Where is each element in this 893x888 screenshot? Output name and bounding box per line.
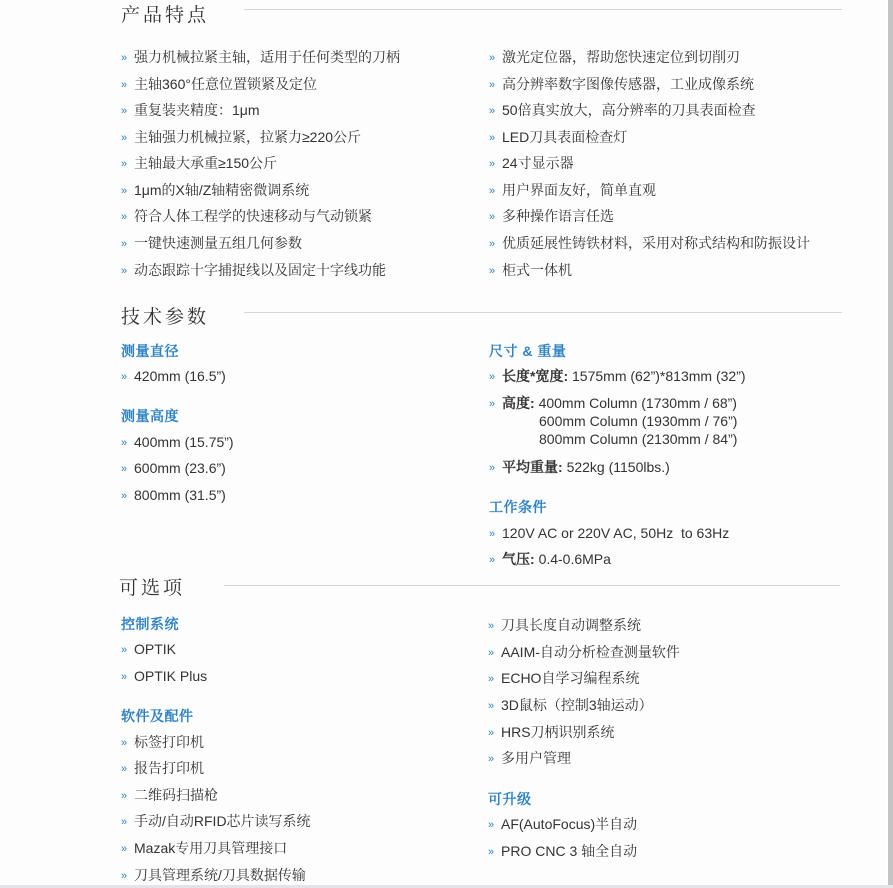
- list-item: »OPTIK Plus: [121, 667, 207, 686]
- bullet-icon: »: [488, 617, 501, 635]
- list-item: »平均重量: 522kg (1150lbs.): [489, 458, 670, 477]
- divider: [244, 9, 842, 10]
- bullet-icon: »: [121, 102, 134, 120]
- item-text: AAIM-自动分析检查测量软件: [501, 644, 680, 660]
- list-item: »24寸显示器: [489, 154, 574, 173]
- item-text: 柜式一体机: [502, 262, 572, 278]
- list-item: »长度*宽度: 1575mm (62”)*813mm (32”): [489, 367, 746, 386]
- list-item: »600mm (23.6”): [121, 459, 226, 478]
- list-item: »OPTIK: [121, 640, 176, 659]
- list-item: »标签打印机: [121, 733, 204, 752]
- bullet-icon: »: [121, 668, 134, 686]
- list-item: »AF(AutoFocus)半自动: [488, 815, 637, 834]
- item-text: 高分辨率数字图像传感器，工业成像系统: [502, 76, 754, 92]
- item-text: OPTIK: [134, 641, 176, 657]
- list-item: »420mm (16.5”): [121, 367, 226, 386]
- list-item: »50倍真实放大，高分辨率的刀具表面检查: [489, 101, 756, 120]
- bullet-icon: »: [121, 460, 134, 478]
- vertical-scrollbar[interactable]: [888, 0, 893, 885]
- bullet-icon: »: [121, 840, 134, 858]
- bullet-icon: »: [121, 867, 134, 885]
- list-item: »1μm的X轴/Z轴精密微调系统: [121, 181, 309, 200]
- item-text: OPTIK Plus: [134, 668, 207, 684]
- list-item: »动态跟踪十字捕捉线以及固定十字线功能: [121, 261, 386, 280]
- bullet-icon: »: [489, 551, 502, 569]
- item-text: HRS刀柄识别系统: [501, 724, 615, 740]
- bullet-icon: »: [489, 459, 502, 477]
- bullet-icon: »: [489, 368, 502, 386]
- bullet-icon: »: [489, 49, 502, 67]
- bullet-icon: »: [121, 76, 134, 94]
- item-text: 符合人体工程学的快速移动与气动锁紧: [134, 208, 372, 224]
- item-text: 主轴强力机械拉紧，拉紧力≥220公斤: [134, 129, 361, 145]
- item-text: 522kg (1150lbs.): [567, 459, 670, 475]
- item-text: 报告打印机: [134, 760, 204, 776]
- item-text: 刀具长度自动调整系统: [501, 617, 641, 633]
- section-title-features: 产品特点: [121, 0, 209, 27]
- bullet-icon: »: [121, 235, 134, 253]
- item-text: LED刀具表面检查灯: [502, 129, 627, 145]
- item-text: 50倍真实放大，高分辨率的刀具表面检查: [502, 102, 756, 118]
- bullet-icon: »: [121, 434, 134, 452]
- bullet-icon: »: [489, 182, 502, 200]
- list-item: »手动/自动RFID芯片读写系统: [121, 812, 311, 831]
- item-label: 长度*宽度:: [502, 368, 568, 384]
- list-item: »AAIM-自动分析检查测量软件: [488, 643, 680, 662]
- item-text: 主轴最大承重≥150公斤: [134, 155, 277, 171]
- list-item: »一键快速测量五组几何参数: [121, 234, 302, 253]
- list-item: »报告打印机: [121, 759, 204, 778]
- list-item: »刀具长度自动调整系统: [488, 616, 641, 635]
- item-text: 刀具管理系统/刀具数据传输: [134, 867, 306, 883]
- item-text: 动态跟踪十字捕捉线以及固定十字线功能: [134, 262, 386, 278]
- list-item: »二维码扫描枪: [121, 786, 218, 805]
- subheading-software: 软件及配件: [121, 706, 194, 726]
- item-text: 重复装夹精度：1μm: [134, 102, 260, 118]
- subheading-upgrade: 可升级: [488, 789, 532, 809]
- item-text: 420mm (16.5”): [134, 368, 226, 384]
- item-text: 0.4-0.6MPa: [539, 551, 611, 567]
- list-item: »用户界面友好，简单直观: [489, 181, 656, 200]
- bullet-icon: »: [121, 155, 134, 173]
- bullet-icon: »: [488, 644, 501, 662]
- subheading-control-system: 控制系统: [121, 614, 179, 634]
- subheading-height: 测量高度: [121, 406, 179, 426]
- bullet-icon: »: [121, 368, 134, 386]
- bullet-icon: »: [121, 182, 134, 200]
- item-text: 多用户管理: [501, 750, 571, 766]
- bullet-icon: »: [121, 641, 134, 659]
- list-item: »刀具管理系统/刀具数据传输: [121, 866, 306, 885]
- bullet-icon: »: [489, 102, 502, 120]
- item-text: 激光定位器，帮助您快速定位到切削刃: [502, 49, 740, 65]
- item-text: 多种操作语言任选: [502, 208, 614, 224]
- list-item: »主轴强力机械拉紧，拉紧力≥220公斤: [121, 128, 361, 147]
- item-text: 600mm (23.6”): [134, 460, 226, 476]
- list-item: »ECHO自学习编程系统: [488, 669, 639, 688]
- list-item: »多用户管理: [488, 749, 571, 768]
- bullet-icon: »: [121, 734, 134, 752]
- list-item: »气压: 0.4-0.6MPa: [489, 550, 611, 569]
- list-item: »优质延展性铸铁材料，采用对称式结构和防振设计: [489, 234, 810, 253]
- bullet-icon: »: [488, 670, 501, 688]
- bullet-icon: »: [121, 208, 134, 226]
- section-title-options: 可选项: [119, 573, 185, 600]
- item-label: 气压:: [502, 551, 535, 567]
- item-text: 主轴360°任意位置锁紧及定位: [134, 76, 317, 92]
- divider: [244, 312, 842, 313]
- bullet-icon: »: [489, 395, 502, 413]
- list-item: »多种操作语言任选: [489, 207, 614, 226]
- bullet-icon: »: [489, 235, 502, 253]
- bullet-icon: »: [489, 129, 502, 147]
- item-text: 800mm (31.5”): [134, 487, 226, 503]
- list-item: »主轴360°任意位置锁紧及定位: [121, 75, 317, 94]
- item-text: 优质延展性铸铁材料，采用对称式结构和防振设计: [502, 235, 810, 251]
- list-item: »激光定位器，帮助您快速定位到切削刃: [489, 48, 740, 67]
- item-text: 1575mm (62”)*813mm (32”): [572, 368, 746, 384]
- bullet-icon: »: [488, 724, 501, 742]
- section-title-specs: 技术参数: [121, 302, 209, 329]
- bullet-icon: »: [489, 262, 502, 280]
- spec-page: 产品特点 »强力机械拉紧主轴，适用于任何类型的刀柄 »主轴360°任意位置锁紧及…: [0, 0, 886, 885]
- bullet-icon: »: [121, 262, 134, 280]
- list-item: »LED刀具表面检查灯: [489, 128, 627, 147]
- item-text: 600mm Column (1930mm / 76”): [539, 412, 737, 430]
- list-item: »HRS刀柄识别系统: [488, 723, 615, 742]
- list-item: »Mazak专用刀具管理接口: [121, 839, 287, 858]
- item-label: 高度:: [502, 395, 535, 411]
- item-text: PRO CNC 3 轴全自动: [501, 843, 637, 859]
- bullet-icon: »: [489, 208, 502, 226]
- item-text: 3D鼠标（控制3轴运动）: [501, 697, 653, 713]
- item-text: 用户界面友好，简单直观: [502, 182, 656, 198]
- item-text: 强力机械拉紧主轴，适用于任何类型的刀柄: [134, 49, 400, 65]
- bullet-icon: »: [121, 129, 134, 147]
- bullet-icon: »: [121, 49, 134, 67]
- item-text: 800mm Column (2130mm / 84”): [539, 430, 737, 448]
- bullet-icon: »: [489, 525, 502, 543]
- bullet-icon: »: [488, 843, 501, 861]
- item-text: 400mm (15.75”): [134, 434, 234, 450]
- bullet-icon: »: [121, 787, 134, 805]
- bullet-icon: »: [488, 697, 501, 715]
- item-text: Mazak专用刀具管理接口: [134, 840, 287, 856]
- divider: [224, 585, 840, 586]
- bullet-icon: »: [489, 155, 502, 173]
- list-item: »3D鼠标（控制3轴运动）: [488, 696, 653, 715]
- subheading-working-conditions: 工作条件: [489, 497, 547, 517]
- list-item: »PRO CNC 3 轴全自动: [488, 842, 637, 861]
- item-text: 24寸显示器: [502, 155, 574, 171]
- bullet-icon: »: [121, 487, 134, 505]
- item-text: 二维码扫描枪: [134, 787, 218, 803]
- list-item: »800mm (31.5”): [121, 486, 226, 505]
- list-item: »高分辨率数字图像传感器，工业成像系统: [489, 75, 754, 94]
- bullet-icon: »: [489, 76, 502, 94]
- item-text: 120V AC or 220V AC, 50Hz to 63Hz: [502, 525, 729, 541]
- item-text: 1μm的X轴/Z轴精密微调系统: [134, 182, 309, 198]
- item-text: 标签打印机: [134, 734, 204, 750]
- bullet-icon: »: [121, 813, 134, 831]
- list-item: »120V AC or 220V AC, 50Hz to 63Hz: [489, 524, 729, 543]
- list-item: »重复装夹精度：1μm: [121, 101, 260, 120]
- list-item: »主轴最大承重≥150公斤: [121, 154, 277, 173]
- list-item: »强力机械拉紧主轴，适用于任何类型的刀柄: [121, 48, 400, 67]
- item-label: 平均重量:: [502, 459, 563, 475]
- subheading-size-weight: 尺寸 & 重量: [489, 341, 566, 361]
- bullet-icon: »: [488, 750, 501, 768]
- item-text: 手动/自动RFID芯片读写系统: [134, 813, 311, 829]
- item-text: 一键快速测量五组几何参数: [134, 235, 302, 251]
- list-item: »高度: 400mm Column (1730mm / 68”): [489, 394, 737, 413]
- bullet-icon: »: [121, 760, 134, 778]
- list-item: »柜式一体机: [489, 261, 572, 280]
- bullet-icon: »: [488, 816, 501, 834]
- item-text: AF(AutoFocus)半自动: [501, 816, 637, 832]
- list-item: »400mm (15.75”): [121, 433, 234, 452]
- subheading-diameter: 测量直径: [121, 341, 179, 361]
- item-text: 400mm Column (1730mm / 68”): [539, 395, 737, 411]
- item-text: ECHO自学习编程系统: [501, 670, 639, 686]
- list-item: »符合人体工程学的快速移动与气动锁紧: [121, 207, 372, 226]
